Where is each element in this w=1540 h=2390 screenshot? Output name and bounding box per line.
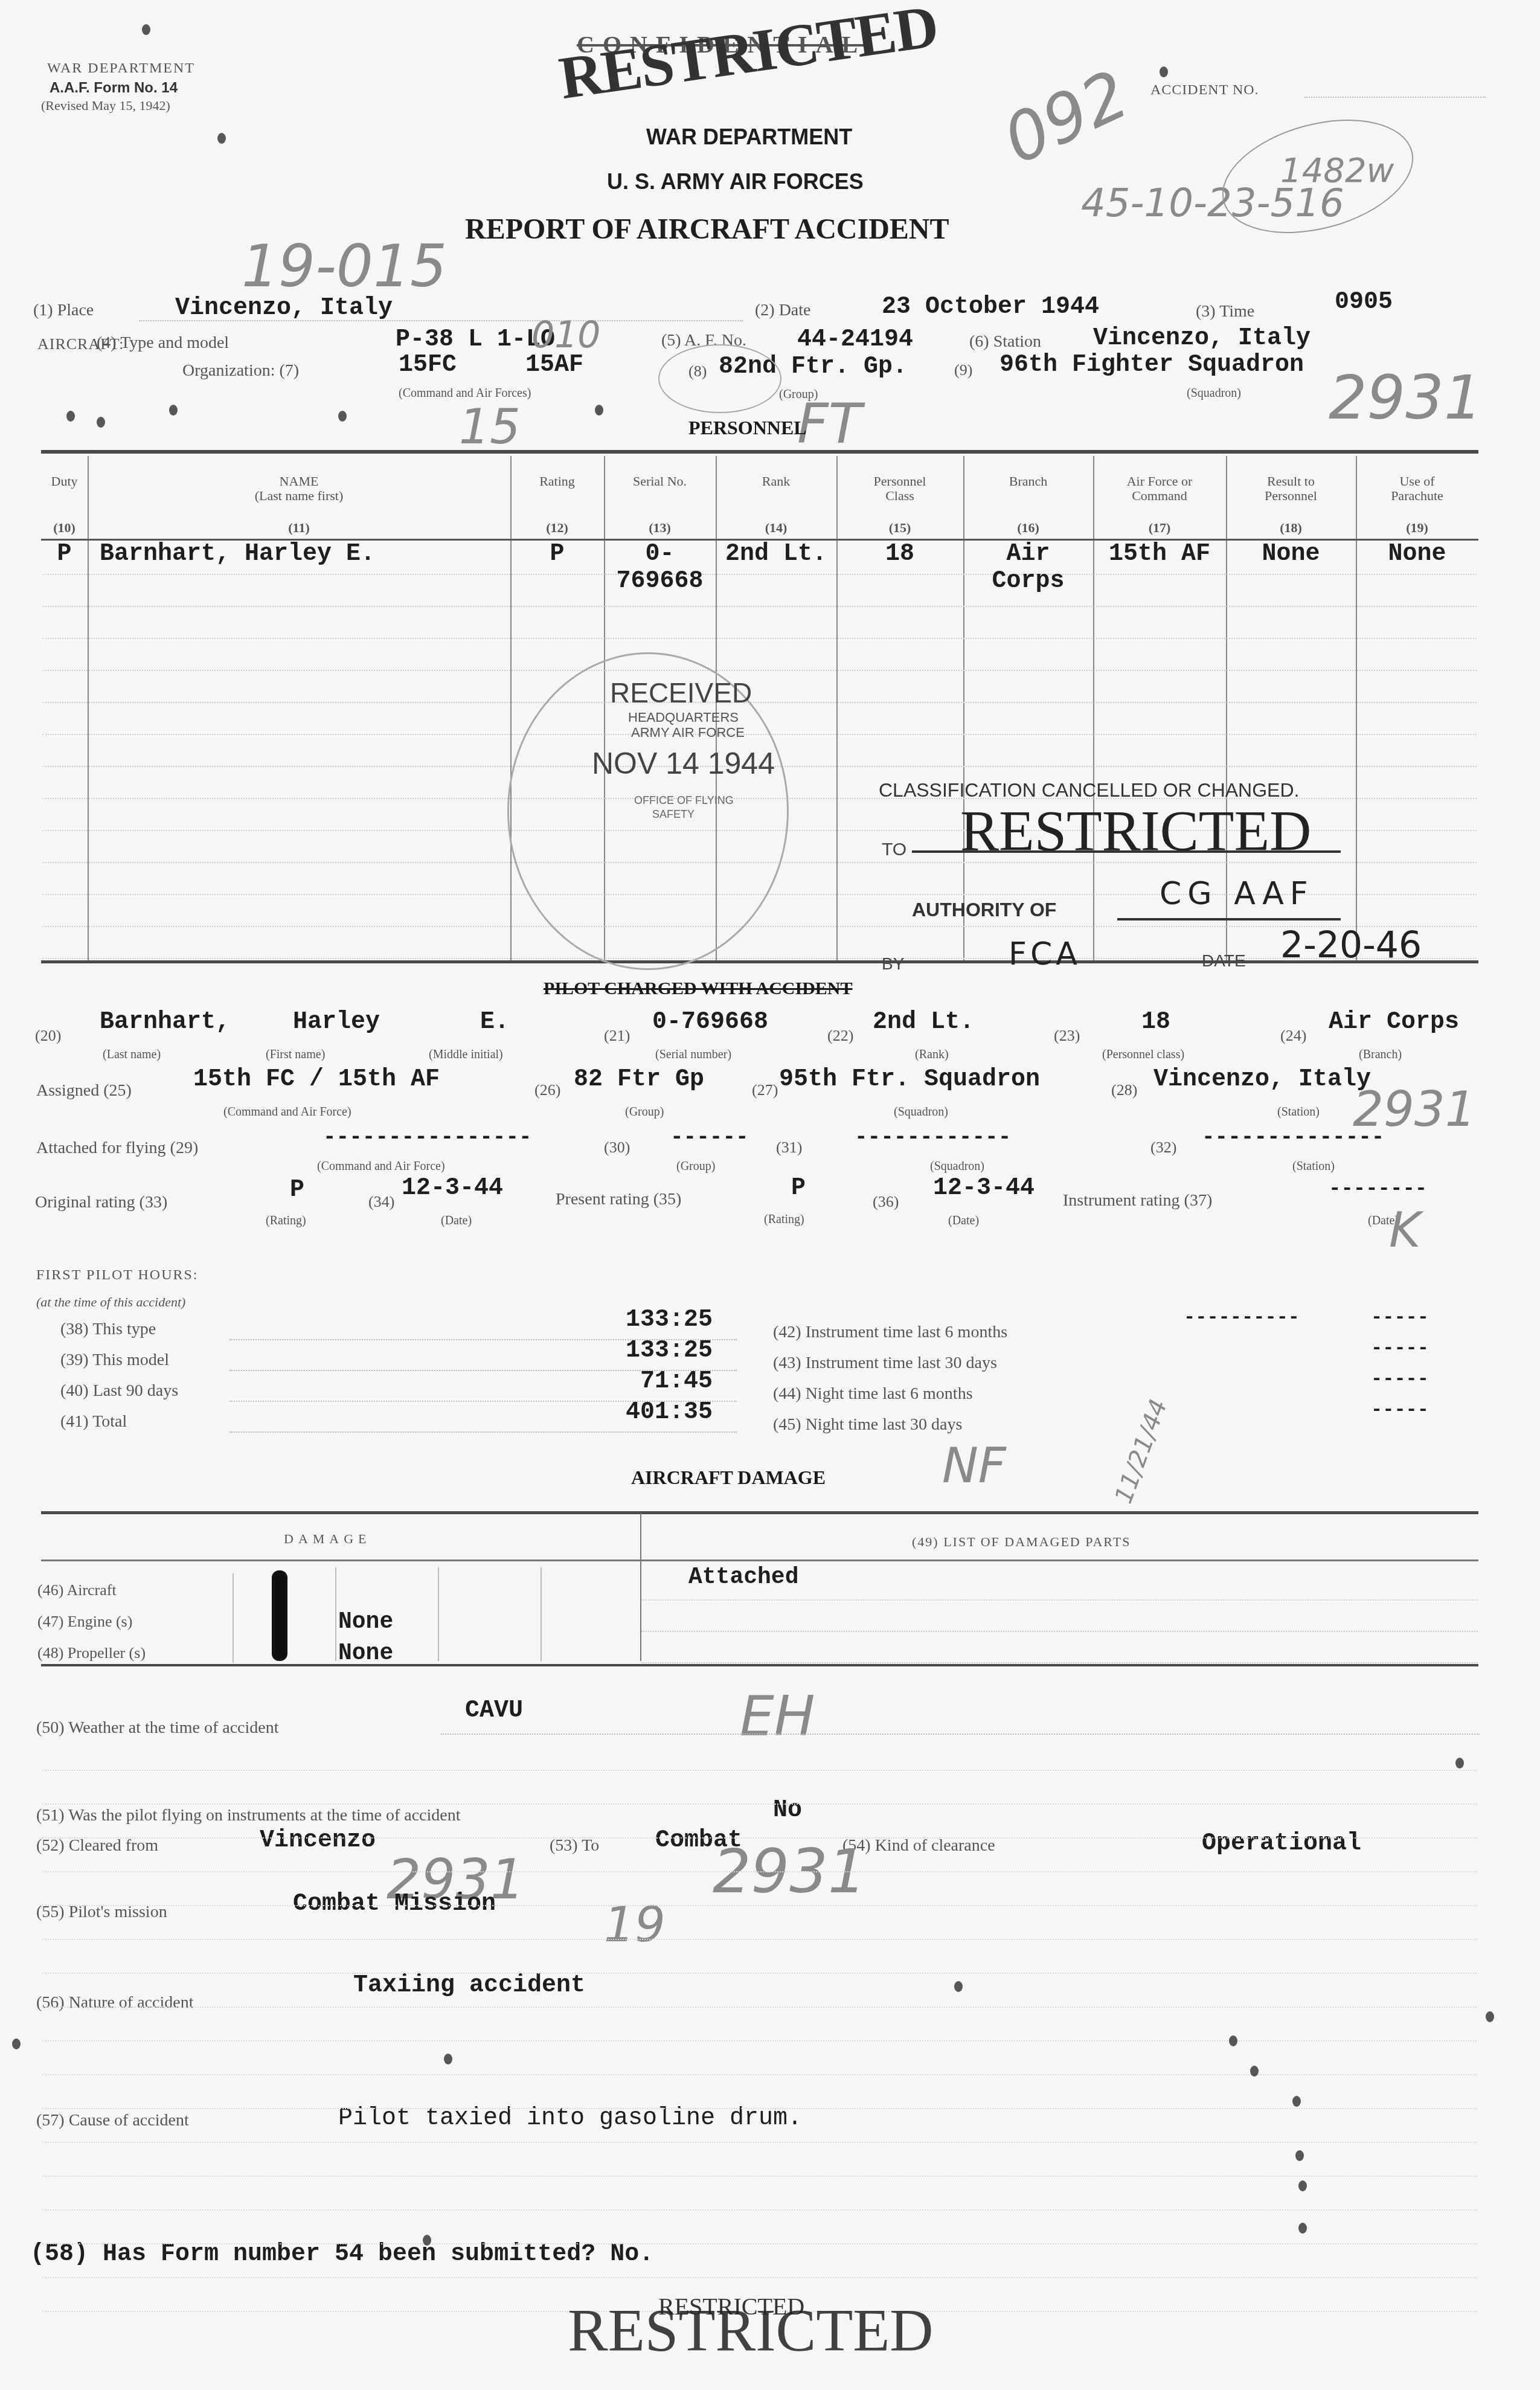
ruled-line [42,1804,1477,1805]
damage-title: AIRCRAFT DAMAGE [631,1466,826,1489]
received-stamp-title: RECEIVED [610,676,752,709]
organization-label: Organization: (7) [182,361,299,381]
table-column-number: (16) [963,521,1093,535]
damage-label: (47) Engine (s) [37,1613,132,1631]
caption-attached-command: (Command and Air Force) [317,1160,445,1174]
damage-bottom-rule [41,1664,1478,1666]
squadron-caption: (Squadron) [1187,387,1241,400]
received-stamp-office: OFFICE OF FLYING [634,794,734,807]
damage-label: (46) Aircraft [37,1581,117,1599]
weather-line [441,1733,1480,1735]
ink-spot [169,405,178,416]
hours-value: 401:35 [610,1399,713,1426]
caption-first-name: (First name) [266,1048,325,1062]
ruled-line [42,2108,1477,2109]
hours-label: (42) Instrument time last 6 months [773,1323,1007,1342]
circle-annotation [1210,100,1426,252]
squadron-value: 96th Fighter Squadron [999,352,1304,379]
damage-col-line [335,1567,336,1661]
place-value: Vincenzo, Italy [175,295,393,322]
damage-col-line [438,1567,439,1661]
ruled-line [42,1939,1477,1940]
original-rating: P [290,1177,304,1204]
table-column-number: (14) [716,521,836,535]
attached-station-label: (32) [1150,1139,1176,1157]
damage-value: None [338,1609,393,1635]
ink-blot [272,1570,287,1661]
attached-squadron: ------------ [855,1125,1011,1149]
branch-label: (24) [1280,1027,1306,1045]
clearance-value: Operational [1202,1830,1361,1857]
by-value: FCA [1009,936,1081,972]
assigned-group: 82 Ftr Gp [574,1066,704,1093]
damaged-parts-value: Attached [688,1564,798,1590]
nature-value: Taxiing accident [353,1972,585,1999]
table-row-line [42,606,1477,607]
assigned-command: 15th FC / 15th AF [193,1066,440,1093]
handwritten-nf: NF [942,1438,1006,1494]
hours-label: (40) Last 90 days [60,1381,178,1401]
authority-value: CG AAF [1160,876,1314,912]
af-no-value: 44-24194 [797,326,913,353]
caption-original-rating: (Rating) [266,1214,306,1228]
damage-col-line [233,1573,234,1663]
pilot-branch: Air Corps [1329,1009,1459,1036]
handwritten-eh: EH [740,1685,815,1749]
ink-spot [1160,66,1168,77]
accident-no-line [1304,97,1486,98]
date-value: 23 October 1944 [882,294,1099,321]
damage-col-line [541,1567,542,1661]
ruled-line [42,2040,1477,2041]
table-cell: 15th AF [1093,541,1226,568]
table-column-header: Personnel Class [836,474,963,503]
handwritten-2931-top: 2931 [1329,362,1483,433]
parts-line [641,1662,1478,1663]
caption-attached-group: (Group) [676,1160,715,1174]
hours-subtitle: (at the time of this accident) [36,1294,185,1310]
table-column-header: Rank [716,474,836,489]
ruled-line [42,1973,1477,1974]
damage-label: (48) Propeller (s) [37,1644,146,1662]
caption-attached-station: (Station) [1292,1160,1335,1174]
damage-value: None [338,1640,393,1666]
authority-label: AUTHORITY OF [912,899,1056,921]
cause-label: (57) Cause of accident [36,2111,189,2130]
ink-spot [595,405,603,416]
pilot-serial: 0-769668 [652,1009,768,1036]
weather-label: (50) Weather at the time of accident [36,1718,279,1738]
ruled-line [42,2209,1477,2211]
organization-command: 15FC [399,352,457,379]
form-revised: (Revised May 15, 1942) [41,98,170,114]
damage-top-rule [41,1511,1478,1514]
station-value: Vincenzo, Italy [1093,325,1311,352]
pilot-section-title: PILOT CHARGED WITH ACCIDENT [544,978,853,999]
table-column-number: (15) [836,521,963,535]
hours-label: (45) Night time last 30 days [773,1415,962,1434]
table-column-number: (19) [1356,521,1478,535]
caption-branch: (Branch) [1359,1048,1402,1062]
squadron-label: (9) [954,361,972,379]
handwritten-file-number: 19-015 [242,233,447,300]
ruled-line [42,1871,1477,1872]
place-line [139,320,743,321]
ruled-line [42,2074,1477,2075]
authority-line [1117,918,1341,920]
instruments-value: No [773,1797,802,1824]
classification-to-label: TO [882,840,906,860]
original-rating-label: Original rating (33) [35,1193,167,1212]
table-column-header: Use of Parachute [1356,474,1478,503]
table-cell: 0-769668 [604,541,716,595]
table-cell: None [1356,541,1478,568]
hours-label: (39) This model [60,1351,169,1370]
parts-col-header: (49) LIST OF DAMAGED PARTS [912,1534,1131,1550]
header-army-air-forces: U. S. ARMY AIR FORCES [607,169,864,194]
parts-line [641,1599,1478,1601]
table-row-line [42,958,1477,959]
cleared-from-value: Vincenzo [260,1827,376,1854]
caption-last-name: (Last name) [103,1048,161,1062]
table-column-header: Rating [510,474,604,489]
to-label: (53) To [550,1836,599,1855]
time-value: 0905 [1335,289,1393,316]
attached-command: ---------------- [323,1125,532,1149]
ink-spot [1298,2180,1307,2191]
handwritten-initials-date: 11/21/44 [1109,1396,1173,1508]
received-stamp-safety: SAFETY [652,808,695,821]
handwritten-k: K [1389,1202,1420,1258]
ruled-line [42,2243,1477,2244]
assigned-squadron: 95th Ftr. Squadron [779,1066,1040,1093]
classification-restricted: RESTRICTED [960,797,1311,864]
ruled-line [42,1770,1477,1771]
ink-spot [444,2054,452,2064]
nature-label: (56) Nature of accident [36,1993,193,2013]
table-row-line [42,670,1477,671]
hours-label: (41) Total [60,1412,127,1431]
hours-value: 133:25 [610,1306,713,1334]
header-war-department: WAR DEPARTMENT [646,124,852,150]
table-column-header: Serial No. [604,474,716,489]
hours-label: (43) Instrument time last 30 days [773,1354,997,1373]
personnel-top-rule [41,450,1478,454]
table-column-number: (10) [41,521,88,535]
received-stamp-hq: HEADQUARTERS [628,710,739,725]
station-label: (6) Station [969,332,1041,352]
ruled-line [42,2277,1477,2278]
handwritten-ft: FT [797,393,862,456]
table-column-number: (13) [604,521,716,535]
damage-header-rule [41,1560,1478,1561]
hours-label: (44) Night time last 6 months [773,1384,973,1404]
original-date-label: (34) [368,1193,394,1211]
table-column-number: (11) [88,521,510,535]
ink-spot [97,417,105,428]
serial-label: (21) [604,1027,630,1045]
hours-value: ----- [1371,1306,1429,1328]
caption-command: (Command and Air Force) [223,1105,351,1119]
hours-label: (38) This type [60,1320,156,1339]
caption-squadron: (Squadron) [894,1105,948,1119]
place-label: (1) Place [33,301,94,320]
caption-original-date: (Date) [441,1214,472,1228]
handwritten-010: 010 [531,314,601,356]
ink-spot [1455,1758,1464,1768]
attached-group: ------ [670,1125,749,1149]
hours-value: 71:45 [610,1368,713,1395]
ink-spot [1292,2096,1301,2107]
instrument-rating: -------- [1329,1178,1427,1201]
type-label: (4) Type and model [97,333,229,353]
caption-serial: (Serial number) [655,1048,731,1062]
date-stamp-value: 2-20-46 [1280,924,1422,966]
hours-value: ----- [1371,1398,1429,1421]
stamp-restricted-bottom: RESTRICTED [568,2295,934,2365]
ruled-line [42,2006,1477,2008]
hours-value: ----- [1371,1337,1429,1359]
assigned-station: Vincenzo, Italy [1153,1066,1371,1093]
table-column-number: (18) [1226,521,1356,535]
table-cell: P [41,541,88,568]
table-row-line [42,702,1477,703]
hours-value: ---------- [1184,1306,1300,1328]
form54-question: (58) Has Form number 54 been submitted? … [30,2241,653,2268]
ink-spot [1486,2011,1494,2022]
ink-spot [1295,2150,1304,2161]
table-column-header: Branch [963,474,1093,489]
attached-group-label: (30) [604,1139,630,1157]
table-column-number: (17) [1093,521,1226,535]
handwritten-15: 15 [459,399,521,455]
hours-value: ----- [1371,1367,1429,1390]
table-cell: P [510,541,604,568]
attached-squadron-label: (31) [776,1139,802,1157]
present-rating: P [791,1175,806,1202]
class-label: (23) [1054,1027,1080,1045]
caption-station: (Station) [1277,1105,1320,1119]
ink-spot [1298,2223,1307,2234]
table-cell: Air Corps [963,541,1093,595]
table-cell: 2nd Lt. [716,541,836,568]
accident-no-label: ACCIDENT NO. [1150,82,1259,98]
table-cell: None [1226,541,1356,568]
parts-line [641,1631,1478,1632]
instruments-label: (51) Was the pilot flying on instruments… [36,1806,461,1825]
mission-value: Combat Mission [293,1890,496,1918]
hours-value: 133:25 [610,1337,713,1364]
date-stamp-label: DATE [1202,951,1246,971]
rank-label: (22) [827,1027,853,1045]
time-label: (3) Time [1196,302,1254,321]
attached-station: -------------- [1202,1125,1384,1149]
caption-group: (Group) [625,1105,664,1119]
ink-spot [66,411,75,422]
received-stamp-aaf: ARMY AIR FORCE [631,725,745,740]
caption-attached-squadron: (Squadron) [930,1160,984,1174]
pilot-first-name: Harley [293,1009,380,1036]
personnel-title: PERSONNEL [688,417,807,439]
instrument-rating-label: Instrument rating (37) [1063,1191,1212,1210]
handwritten-accident-number: 092 [992,56,1140,179]
caption-present-date: (Date) [948,1214,979,1228]
table-row-line [42,638,1477,639]
weather-value: CAVU [465,1697,523,1724]
ruled-line [42,1905,1477,1906]
ruled-line [42,1837,1477,1839]
damage-col-header: DAMAGE [284,1531,371,1547]
pilot-middle-initial: E. [480,1009,509,1036]
present-date: 12-3-44 [933,1175,1035,1202]
form-department: WAR DEPARTMENT [47,60,195,77]
attached-label: Attached for flying (29) [36,1139,198,1158]
page-title: REPORT OF AIRCRAFT ACCIDENT [465,213,949,246]
classification-to-line [912,850,1341,853]
date-label: (2) Date [755,301,811,320]
caption-rank: (Rank) [915,1048,949,1062]
table-cell: Barnhart, Harley E. [88,541,510,568]
hours-title: FIRST PILOT HOURS: [36,1267,199,1283]
form-number: A.A.F. Form No. 14 [50,80,178,97]
present-rating-label: Present rating (35) [556,1190,681,1209]
table-column-header: Result to Personnel [1226,474,1356,503]
assigned-squadron-label: (27) [752,1081,778,1099]
ink-spot [142,24,150,35]
ink-spot [1250,2066,1259,2077]
assigned-group-label: (26) [534,1081,560,1099]
ink-spot [423,2235,431,2246]
cleared-from-label: (52) Cleared from [36,1836,158,1855]
ink-spot [217,133,226,144]
assigned-label: Assigned (25) [36,1081,132,1100]
pilot-20-label: (20) [35,1027,61,1045]
damage-divider [640,1513,641,1661]
assigned-station-label: (28) [1111,1081,1137,1099]
received-stamp-date: NOV 14 1944 [592,746,775,781]
ink-spot [1229,2035,1237,2046]
hours-line [229,1431,737,1433]
table-column-header: NAME (Last name first) [88,474,510,503]
pilot-class: 18 [1141,1009,1170,1036]
table-column-number: (12) [510,521,604,535]
table-row-line [42,574,1477,575]
original-date: 12-3-44 [402,1175,503,1202]
table-row-line [42,926,1477,927]
stamp-restricted-top: RESTRICTED [555,0,942,113]
personnel-bottom-rule [41,960,1478,963]
pilot-rank: 2nd Lt. [873,1009,974,1036]
by-label: BY [882,954,904,974]
table-column-header: Duty [41,474,88,489]
ink-spot [954,1981,963,1992]
caption-class: (Personnel class) [1102,1048,1184,1062]
pilot-last-name: Barnhart, [100,1009,230,1036]
table-cell: 18 [836,541,963,568]
present-date-label: (36) [873,1193,899,1211]
caption-present-rating: (Rating) [764,1213,804,1227]
circle-annotation-group [658,344,781,413]
caption-middle-initial: (Middle initial) [429,1048,503,1062]
ink-spot [338,411,347,422]
ruled-line [42,2176,1477,2177]
ink-spot [12,2038,21,2049]
ruled-line [42,2142,1477,2143]
table-column-header: Air Force or Command [1093,474,1226,503]
